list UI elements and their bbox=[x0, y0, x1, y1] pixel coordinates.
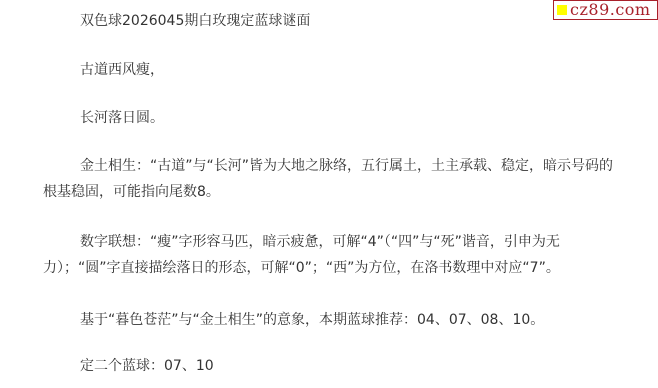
paragraph-shuzi-line-2: 力）；“圆”字直接描绘落日的形态，可解“0”；“西”为方位，在洛书数理中对应“7… bbox=[43, 255, 643, 281]
paragraph-wuxing: 金土相生：“古道”与“长河”皆为大地之脉络，五行属土，土主承载、稳定，暗示号码的… bbox=[43, 153, 643, 205]
paragraph-shuzi: 数字联想：“瘦”字形容马匹，暗示疲惫，可解“4”（“四”与“死”谐音，引申为无 … bbox=[43, 229, 643, 281]
paragraph-wuxing-line-1: 金土相生：“古道”与“长河”皆为大地之脉络，五行属土，土主承载、稳定，暗示号码的 bbox=[43, 153, 643, 179]
paragraph-shuzi-line-1: 数字联想：“瘦”字形容马匹，暗示疲惫，可解“4”（“四”与“死”谐音，引申为无 bbox=[43, 229, 643, 255]
riddle-line-2: 长河落日圆。 bbox=[43, 105, 658, 131]
article-title: 双色球2026045期白玫瑰定蓝球谜面 bbox=[43, 8, 658, 34]
riddle-line-1: 古道西风瘦， bbox=[43, 57, 658, 83]
recommendation-paragraph: 基于“暮色苍茫”与“金土相生”的意象，本期蓝球推荐：04、07、08、10。 bbox=[43, 307, 658, 333]
paragraph-wuxing-line-2: 根基稳固，可能指向尾数8。 bbox=[43, 179, 643, 205]
final-pick-paragraph: 定二个蓝球：07、10 bbox=[43, 353, 658, 379]
